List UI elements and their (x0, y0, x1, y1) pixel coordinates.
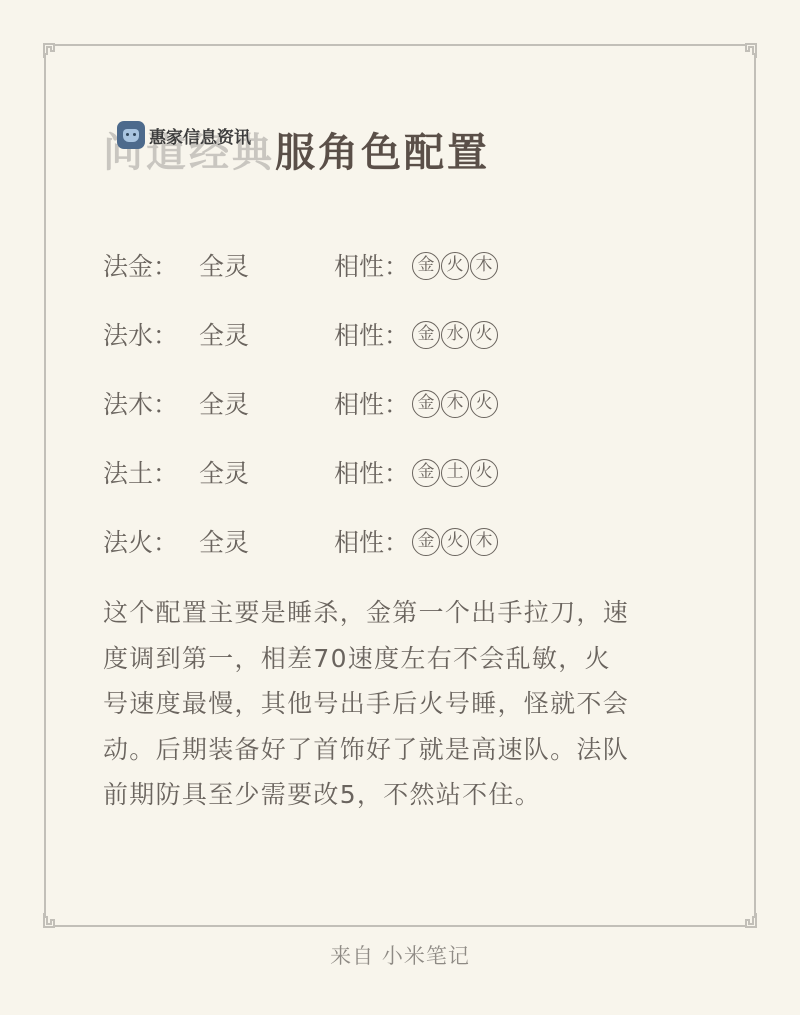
role-label: 法火： (103, 521, 199, 565)
source-footer: 来自 小米笔记 (0, 940, 800, 970)
frame-top-border (58, 44, 742, 46)
title-area: 问道经典服角色配置 惠家信息资讯 (103, 125, 490, 181)
affinity-label: 相性： (334, 383, 412, 427)
element-circle-badge: 火 (441, 528, 469, 556)
role-value: 全灵 (199, 314, 334, 358)
element-circle-badge: 金 (412, 390, 440, 418)
element-circle-badge: 水 (441, 321, 469, 349)
affinity-badges: 金 土 火 (412, 452, 499, 487)
bot-avatar-icon (117, 121, 145, 149)
corner-knot-bottom-right-icon (741, 912, 757, 928)
affinity-badges: 金 木 火 (412, 383, 499, 418)
role-value: 全灵 (199, 452, 334, 496)
element-circle-badge: 火 (470, 321, 498, 349)
paragraph-line: 这个配置主要是睡杀，金第一个出手拉刀，速 (103, 590, 703, 636)
element-circle-badge: 火 (470, 390, 498, 418)
role-value: 全灵 (199, 383, 334, 427)
role-row: 法木： 全灵 相性： 金 木 火 (103, 383, 499, 452)
affinity-badges: 金 水 火 (412, 314, 499, 349)
affinity-badges: 金 火 木 (412, 521, 499, 556)
role-label: 法水： (103, 314, 199, 358)
role-value: 全灵 (199, 521, 334, 565)
role-label: 法金： (103, 245, 199, 289)
paragraph-line: 度调到第一，相差70速度左右不会乱敏，火 (103, 636, 703, 682)
description-paragraph: 这个配置主要是睡杀，金第一个出手拉刀，速 度调到第一，相差70速度左右不会乱敏，… (103, 590, 703, 818)
paragraph-line: 动。后期装备好了首饰好了就是高速队。法队 (103, 727, 703, 773)
title-main-part: 服角色配置 (275, 130, 490, 176)
corner-knot-bottom-left-icon (43, 912, 59, 928)
role-label: 法木： (103, 383, 199, 427)
role-label: 法土： (103, 452, 199, 496)
element-circle-badge: 木 (470, 528, 498, 556)
role-list: 法金： 全灵 相性： 金 火 木 法水： 全灵 相性： 金 水 火 法木： 全灵… (103, 245, 499, 590)
affinity-label: 相性： (334, 314, 412, 358)
element-circle-badge: 木 (441, 390, 469, 418)
affinity-label: 相性： (334, 521, 412, 565)
element-circle-badge: 火 (470, 459, 498, 487)
element-circle-badge: 火 (441, 252, 469, 280)
affinity-badges: 金 火 木 (412, 245, 499, 280)
corner-knot-top-left-icon (43, 43, 59, 59)
role-row: 法金： 全灵 相性： 金 火 木 (103, 245, 499, 314)
role-row: 法火： 全灵 相性： 金 火 木 (103, 521, 499, 590)
corner-knot-top-right-icon (741, 43, 757, 59)
affinity-label: 相性： (334, 452, 412, 496)
paragraph-line: 号速度最慢，其他号出手后火号睡，怪就不会 (103, 681, 703, 727)
element-circle-badge: 金 (412, 321, 440, 349)
frame-bottom-border (58, 925, 742, 927)
affinity-label: 相性： (334, 245, 412, 289)
role-row: 法水： 全灵 相性： 金 水 火 (103, 314, 499, 383)
element-circle-badge: 土 (441, 459, 469, 487)
watermark: 惠家信息资讯 (117, 121, 251, 149)
frame-left-border (44, 58, 46, 912)
element-circle-badge: 金 (412, 252, 440, 280)
element-circle-badge: 金 (412, 459, 440, 487)
element-circle-badge: 木 (470, 252, 498, 280)
watermark-text: 惠家信息资讯 (149, 123, 251, 148)
frame-right-border (754, 58, 756, 912)
element-circle-badge: 金 (412, 528, 440, 556)
role-value: 全灵 (199, 245, 334, 289)
role-row: 法土： 全灵 相性： 金 土 火 (103, 452, 499, 521)
paragraph-line: 前期防具至少需要改5，不然站不住。 (103, 772, 703, 818)
